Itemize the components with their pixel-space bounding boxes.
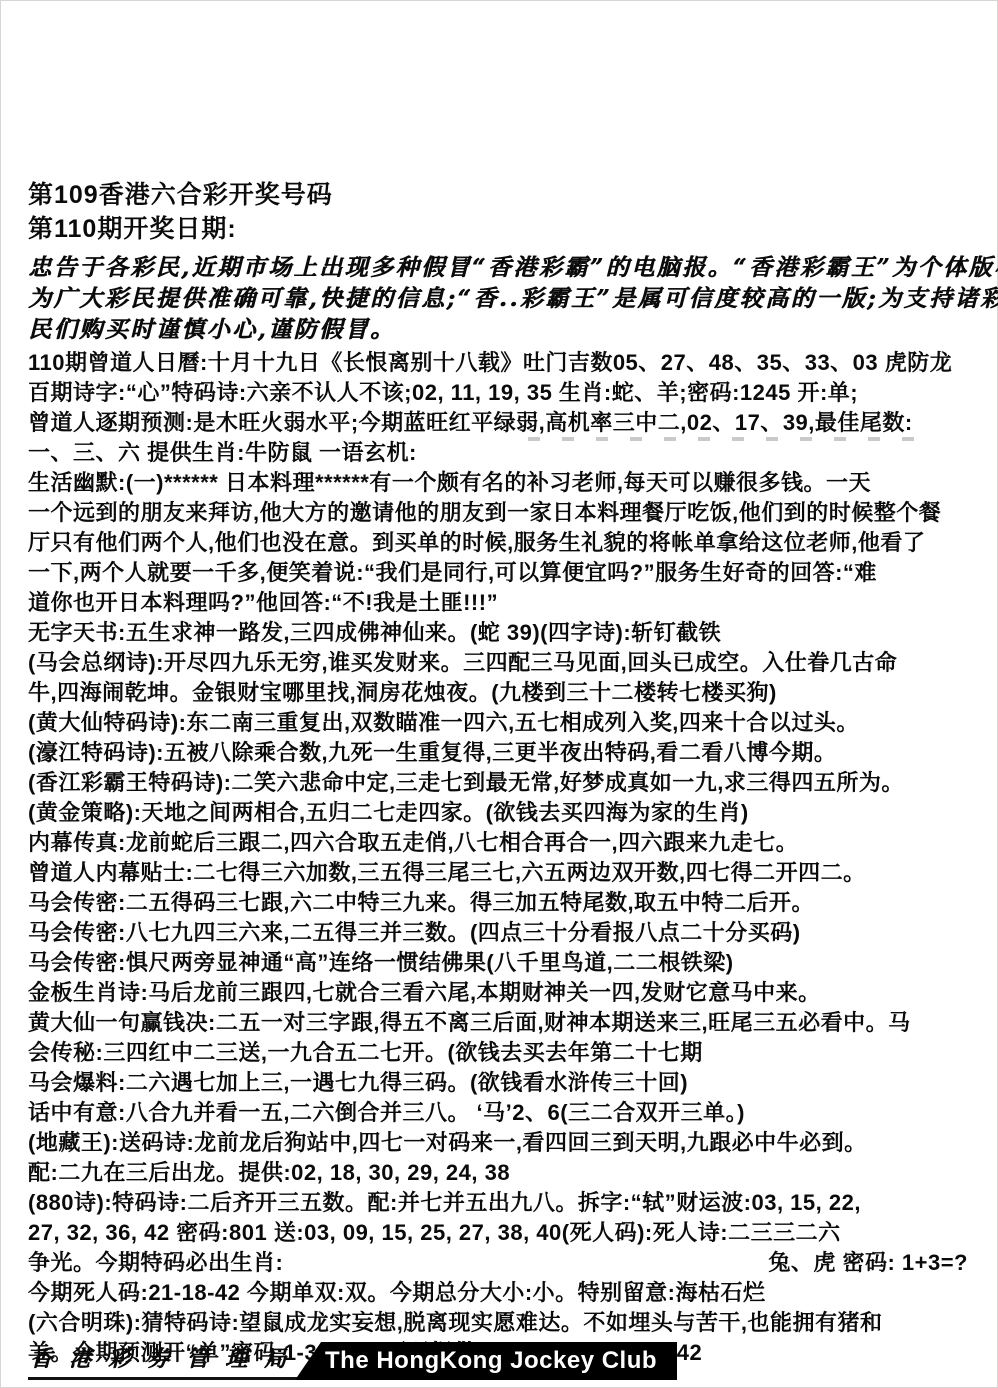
text-line: (六合明珠):猜特码诗:望鼠成龙实妄想,脱离现实愿难达。不如埋头与苦干,也能拥有…	[28, 1308, 978, 1338]
text-line: 一个远到的朋友来拜访,他大方的邀请他的朋友到一家日本料理餐厅吃饭,他们到的时候整…	[28, 498, 978, 528]
text-line: 一、三、六 提供生肖:牛防鼠 一语玄机:	[28, 438, 978, 468]
text-line: 曾道人内幕贴士:二七得三六加数,三五得三尾三七,六五两边双开数,四七得二开四二。	[28, 858, 978, 888]
page-content: 第109香港六合彩开奖号码 第110期开奖日期: 忠告于各彩民,近期市场上出现多…	[0, 0, 998, 1368]
text-line: (马会总纲诗):开尽四九乐无穷,谁买发财来。三四配三马见面,回头已成空。入仕眷几…	[28, 648, 978, 678]
notice-line: 为广大彩民提供准确可靠,快捷的信息;“香..彩霸王”是属可信度较高的一版;为支持…	[28, 283, 978, 314]
counterfeit-warning-notice: 忠告于各彩民,近期市场上出现多种假冒“香港彩霸”的电脑报。“香港彩霸王”为个体版…	[28, 252, 978, 345]
text-line: 今期死人码:21-18-42 今期单双:双。今期总分大小:小。特别留意:海枯石烂	[28, 1278, 978, 1308]
text-line: 牛,四海闹乾坤。金银财宝哪里找,洞房花烛夜。(九楼到三十二楼转七楼买狗)	[28, 678, 978, 708]
text-line: (黄大仙特码诗):东二南三重复出,双数瞄准一四六,五七相成列入奖,四来十合以过头…	[28, 708, 978, 738]
text-line: 百期诗字:“心”特码诗:六亲不认人不该;02, 11, 19, 35 生肖:蛇、…	[28, 378, 978, 408]
text-line: 话中有意:八合九并看一五,二六倒合并三八。 ‘马’2、6(三二合双开三单。)	[28, 1098, 978, 1128]
text-line: 生活幽默:(一)****** 日本料理******有一个颇有名的补习老师,每天可…	[28, 468, 978, 498]
text-line: 马会传密:二五得码三七跟,六二中特三九来。得三加五特尾数,取五中特二后开。	[28, 888, 978, 918]
text-line: 曾道人逐期预测:是木旺火弱水平;今期蓝旺红平绿弱,高机率三中二,02、17、39…	[28, 408, 978, 438]
text-line: 马会爆料:二六遇七加上三,一遇七九得三码。(欲钱看水浒传三十回)	[28, 1068, 978, 1098]
draw-number-title: 第109香港六合彩开奖号码	[28, 178, 978, 212]
zodiac-prediction-line: 争光。今期特码必出生肖: 兔、虎 密码: 1+3=?	[28, 1248, 978, 1278]
text-line: 无字天书:五生求神一路发,三四成佛神仙来。(蛇 39)(四字诗):斩钉截铁	[28, 618, 978, 648]
text-line: (地藏王):送码诗:龙前龙后狗站中,四七一对码来一,看四回三到天明,九跟必中牛必…	[28, 1128, 978, 1158]
text-line: 金板生肖诗:马后龙前三跟四,七就合三看六尾,本期财神关一四,发财它意马中来。	[28, 978, 978, 1008]
tips-body: 110期曾道人日曆:十月十九日《长恨离别十八载》吐门吉数05、27、48、35、…	[28, 348, 978, 1368]
text-line: (香江彩霸王特码诗):二笑六悲命中定,三走七到最无常,好梦成真如一九,求三得四五…	[28, 768, 978, 798]
issuer-name-chinese: 香港彩券管理局	[28, 1342, 309, 1380]
text-line: 27, 32, 36, 42 密码:801 送:03, 09, 15, 25, …	[28, 1218, 978, 1248]
zodiac-prediction-label: 争光。今期特码必出生肖:	[28, 1248, 283, 1278]
text-line: 马会传密:惧尺两旁显神通“高”连络一惯结佛果(八千里鸟道,二二根铁梁)	[28, 948, 978, 978]
text-line: 道你也开日本料理吗?”他回答:“不!我是土匪!!!”	[28, 588, 978, 618]
jockey-club-label: The HongKong Jockey Club	[325, 1347, 657, 1374]
text-line: 会传秘:三四红中二三送,一九合五二七开。(欲钱去买去年第二十七期	[28, 1038, 978, 1068]
page-footer: 香港彩券管理局 The HongKong Jockey Club	[28, 1336, 978, 1380]
notice-line: 民们购买时谨慎小心,谨防假冒。	[28, 314, 978, 345]
lottery-tip-sheet-page: 第109香港六合彩开奖号码 第110期开奖日期: 忠告于各彩民,近期市场上出现多…	[0, 0, 998, 1388]
draw-date-title: 第110期开奖日期:	[28, 212, 978, 246]
text-line: (濠江特码诗):五被八除乘合数,九死一生重复得,三更半夜出特码,看二看八博今期。	[28, 738, 978, 768]
text-line: 马会传密:八七九四三六来,二五得三并三数。(四点三十分看报八点二十分买码)	[28, 918, 978, 948]
text-line: 配:二九在三后出龙。提供:02, 18, 30, 29, 24, 38	[28, 1158, 978, 1188]
text-line-content: 曾道人逐期预测:是木旺火弱水平;今期蓝旺红平绿弱,高机率三中二,02、17、39…	[28, 410, 913, 435]
notice-line: 忠告于各彩民,近期市场上出现多种假冒“香港彩霸”的电脑报。“香港彩霸王”为个体版…	[28, 252, 978, 283]
jockey-club-banner: The HongKong Jockey Club	[295, 1342, 677, 1380]
text-line: 110期曾道人日曆:十月十九日《长恨离别十八载》吐门吉数05、27、48、35、…	[28, 348, 978, 378]
text-line: 厅只有他们两个人,他们也没在意。到买单的时候,服务生礼貌的将帐单拿给这位老师,他…	[28, 528, 978, 558]
zodiac-prediction-answer: 兔、虎 密码: 1+3=?	[768, 1248, 978, 1278]
text-line: 一下,两个人就要一千多,便笑着说:“我们是同行,可以算便宜吗?”服务生好奇的回答…	[28, 558, 978, 588]
text-line: 内幕传真:龙前蛇后三跟二,四六合取五走俏,八七相合再合一,四六跟来九走七。	[28, 828, 978, 858]
text-line: 黄大仙一句赢钱决:二五一对三字跟,得五不离三后面,财神本期送来三,旺尾三五必看中…	[28, 1008, 978, 1038]
text-line: (880诗):特码诗:二后齐开三五数。配:并七并五出九八。拆字:“轼”财运波:0…	[28, 1188, 978, 1218]
text-line: (黄金策略):天地之间两相合,五归二七走四家。(欲钱去买四海为家的生肖)	[28, 798, 978, 828]
